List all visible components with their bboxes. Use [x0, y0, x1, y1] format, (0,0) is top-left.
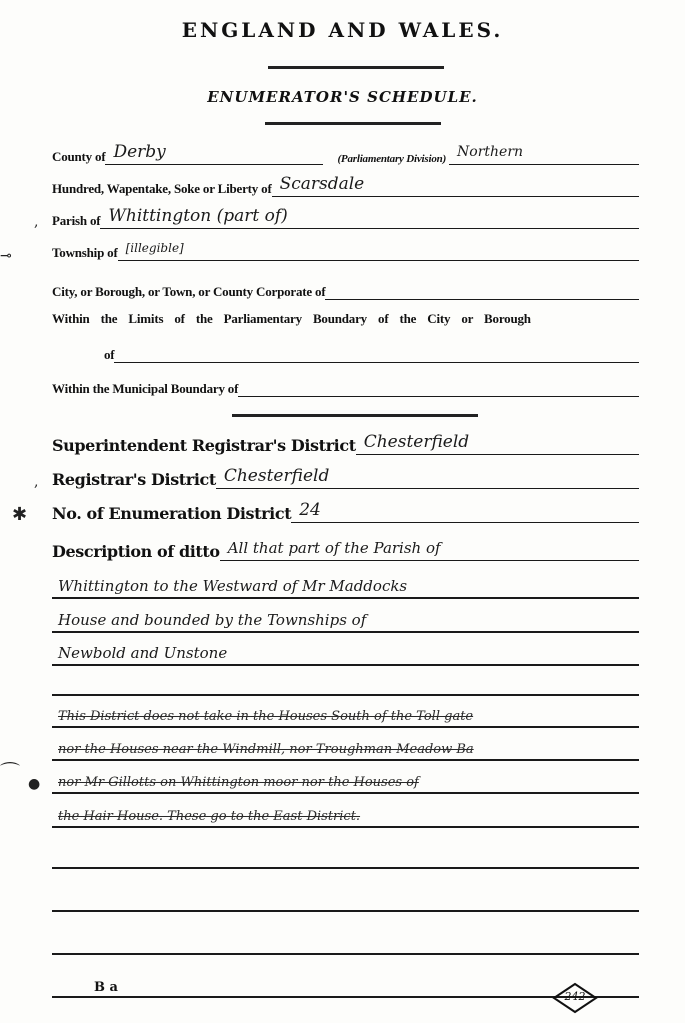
parish-label: Parish of — [52, 213, 100, 229]
supt-registrar-value: Chesterfield — [364, 432, 469, 452]
registrar-label: Registrar's District — [52, 470, 216, 489]
margin-smudge-mark: ✱ — [12, 504, 27, 525]
hundred-label: Hundred, Wapentake, Soke or Liberty of — [52, 181, 272, 197]
description-line-1[interactable]: All that part of the Parish of — [220, 538, 639, 561]
hundred-value: Scarsdale — [280, 174, 365, 194]
parliamentary-division-field[interactable]: Northern — [449, 142, 639, 165]
empty-line-2[interactable] — [52, 886, 639, 912]
enum-district-field[interactable]: 24 — [291, 500, 639, 523]
folio-number: 242 — [552, 990, 598, 1003]
folio-stamp: 242 — [552, 982, 598, 1014]
registrar-field[interactable]: Chesterfield — [216, 466, 639, 489]
parl-boundary-field[interactable] — [114, 340, 639, 363]
enum-district-label: No. of Enumeration District — [52, 504, 291, 523]
supt-registrar-field[interactable]: Chesterfield — [356, 432, 639, 455]
struck-note-line-1[interactable]: This District does not take in the House… — [52, 702, 639, 728]
county-row: County of Derby (Parliamentary Division)… — [52, 142, 639, 165]
county-value: Derby — [113, 142, 165, 162]
township-value: [illegible] — [126, 241, 184, 255]
county-label: County of — [52, 149, 105, 165]
registrar-value: Chesterfield — [224, 466, 329, 486]
parliamentary-division-label: (Parliamentary Division) — [337, 153, 446, 165]
parl-boundary-row: Within the Limits of the Parliamentary B… — [52, 311, 639, 327]
city-label: City, or Borough, or Town, or County Cor… — [52, 284, 325, 300]
parl-boundary-of-row: of — [104, 340, 639, 363]
enum-district-row: No. of Enumeration District 24 — [52, 500, 639, 523]
struck-note-line-2[interactable]: nor the Houses near the Windmill, nor Tr… — [52, 735, 639, 761]
blank-line[interactable] — [52, 670, 639, 696]
margin-pin-mark: ⊸ — [0, 248, 12, 264]
signature-mark: B a — [94, 980, 118, 995]
city-row: City, or Borough, or Town, or County Cor… — [52, 277, 639, 300]
empty-line-1[interactable] — [52, 843, 639, 869]
margin-comma-mark: , — [34, 474, 38, 490]
parish-value: Whittington (part of) — [108, 206, 287, 226]
document-subtitle: ENUMERATOR'S SCHEDULE. — [0, 88, 685, 106]
supt-registrar-row: Superintendent Registrar's District Ches… — [52, 432, 639, 455]
township-label: Township of — [52, 245, 118, 261]
description-line-2[interactable]: Whittington to the Westward of Mr Maddoc… — [52, 573, 639, 599]
registrar-row: Registrar's District Chesterfield — [52, 466, 639, 489]
section-divider — [232, 414, 478, 417]
margin-hook-mark: ⌒ — [0, 756, 20, 785]
subtitle-divider — [265, 122, 441, 125]
description-line-3[interactable]: House and bounded by the Townships of — [52, 607, 639, 633]
description-row: Description of ditto All that part of th… — [52, 538, 639, 561]
municipal-row: Within the Municipal Boundary of — [52, 374, 639, 397]
parliamentary-division-value: Northern — [457, 144, 523, 160]
parish-field[interactable]: Whittington (part of) — [100, 206, 639, 229]
margin-dot-mark: , — [34, 214, 38, 230]
document-title: ENGLAND AND WALES. — [0, 18, 685, 42]
description-label: Description of ditto — [52, 542, 220, 561]
struck-note-line-4[interactable]: the Hair House. These go to the East Dis… — [52, 802, 639, 828]
empty-line-4[interactable] — [52, 972, 639, 998]
parl-boundary-label: Within the Limits of the Parliamentary B… — [52, 311, 531, 327]
parl-boundary-of-label: of — [104, 347, 114, 363]
city-field[interactable] — [325, 277, 639, 300]
enumerator-schedule-page: ENGLAND AND WALES. ENUMERATOR'S SCHEDULE… — [0, 0, 685, 1023]
supt-registrar-label: Superintendent Registrar's District — [52, 436, 356, 455]
empty-line-3[interactable] — [52, 929, 639, 955]
municipal-label: Within the Municipal Boundary of — [52, 381, 238, 397]
margin-dot-mark-2: ● — [28, 776, 40, 792]
hundred-field[interactable]: Scarsdale — [272, 174, 639, 197]
municipal-field[interactable] — [238, 374, 639, 397]
county-field[interactable]: Derby — [105, 142, 323, 165]
township-field[interactable]: [illegible] — [118, 238, 639, 261]
description-line-4[interactable]: Newbold and Unstone — [52, 640, 639, 666]
parish-row: Parish of Whittington (part of) — [52, 206, 639, 229]
township-row: Township of [illegible] — [52, 238, 639, 261]
struck-note-line-3[interactable]: nor Mr Gillotts on Whittington moor nor … — [52, 768, 639, 794]
hundred-row: Hundred, Wapentake, Soke or Liberty of S… — [52, 174, 639, 197]
title-divider — [268, 66, 444, 69]
enum-district-value: 24 — [299, 500, 321, 520]
